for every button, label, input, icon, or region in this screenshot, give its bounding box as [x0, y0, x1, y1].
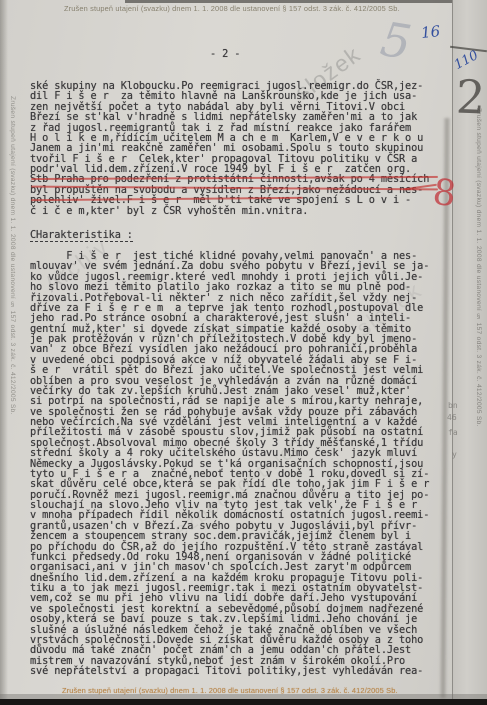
bleedthrough-fragment: 46 — [447, 413, 457, 422]
declassification-stamp-top: Zrušen stupeň utajení (svazku) dnem 1. 1… — [64, 4, 400, 13]
faint-stamp-number: 5 — [377, 12, 415, 71]
scanned-document-page: složek Archiv složek bezpečnostních Zruš… — [0, 0, 487, 705]
scan-bottom-bar — [0, 699, 487, 705]
declassification-stamp-left: Zrušen stupeň utajení (svazku) dnem 1. 1… — [9, 96, 16, 415]
declassification-stamp-right: Zrušen stupeň utajení (svazku) dnem 1. 1… — [475, 108, 482, 427]
text-line: osoby,která se baví pouze s tak.zv.lepší… — [30, 614, 445, 624]
bleedthrough-fragment: fa — [448, 428, 458, 437]
page-left-shadow — [0, 0, 8, 705]
section-heading: CHarakteristika : — [30, 230, 133, 242]
scan-top-edge — [125, 0, 455, 3]
page-number: - 2 - — [210, 49, 240, 59]
text-line: žencem a stoupencem strany soc.dem.pravi… — [30, 531, 445, 541]
bleedthrough-fragment: y — [452, 450, 457, 459]
paragraph-1: ské skupiny na Kloboucku.Po reemigraci j… — [30, 81, 445, 216]
handwritten-folio-number: 16 — [420, 22, 441, 42]
text-line: č i č e m,kter' byl z ČSR vyhoštěn min.v… — [30, 206, 445, 216]
text-line: ho slovo mezi těmito platilo jako rozkaz… — [30, 282, 445, 292]
bleedthrough-fragment: bn — [448, 401, 458, 410]
text-line: střední školy a 4 roky učitelského ústav… — [30, 448, 445, 458]
text-line: š e r vrátil spět do Březí jako učitel.V… — [30, 365, 445, 375]
paragraph-2: F i š e r jest tiché klidné povahy,velmi… — [30, 251, 445, 676]
text-line: své nepřátelství a propagaci Titovi poli… — [30, 666, 445, 676]
text-line: Březí se st'kal v'hradně s lidmi nepřáte… — [30, 112, 445, 122]
underlying-page-number: 2 — [455, 70, 486, 125]
